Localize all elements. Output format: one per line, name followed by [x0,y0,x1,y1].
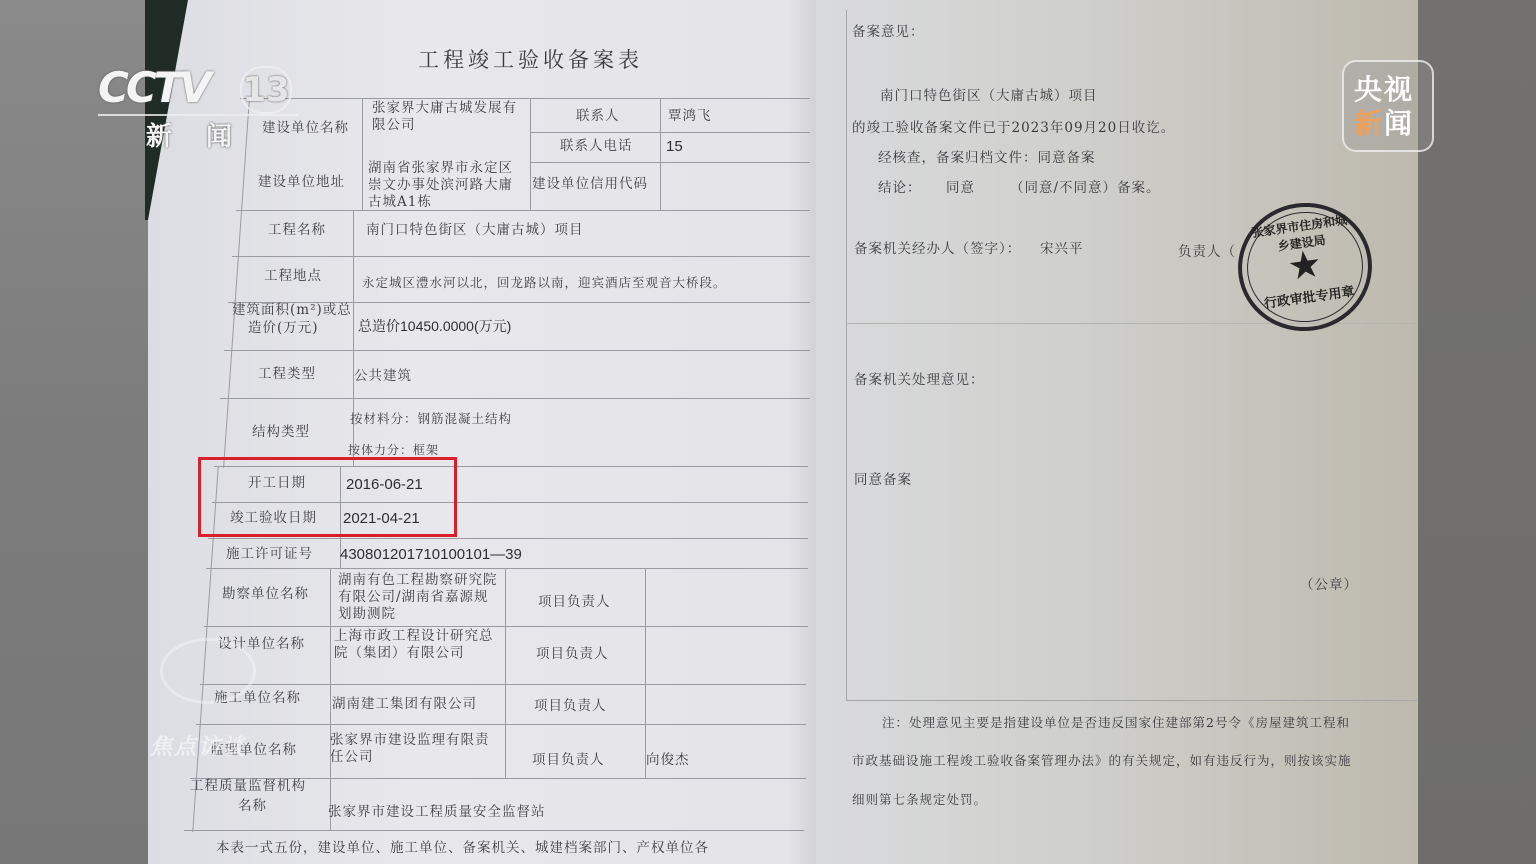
quality-agency-label-2: 名称 [238,798,267,815]
project-name-label: 工程名称 [268,222,326,239]
note-line-2: 市政基础设施工程竣工验收备案管理办法》的有关规定，如有违反行为，则按该实施 [852,751,1352,769]
survey-unit-label: 勘察单位名称 [222,586,309,603]
table-line [530,98,531,210]
area-cost-label-1: 建筑面积(m²)或总 [232,302,352,319]
responsible-label: 负责人（ [1178,240,1236,260]
channel-number: 13 [240,66,292,114]
program-watermark: 焦点访谈 [150,730,246,761]
survey-unit-value: 湖南有色工程勘察研究院有限公司/湖南省嘉源规划勘测院 [338,572,498,623]
structure-label: 结构类型 [252,424,310,441]
table-line [530,132,810,133]
credit-code-label: 建设单位信用代码 [532,176,648,193]
table-line [353,210,354,466]
contact-phone-value: 15 [666,138,683,155]
note-line-3: 细则第七条规定处罚。 [852,790,987,808]
contact-label: 联系人 [576,108,620,125]
handler-label: 备案机关经办人（签字）： [854,237,1021,257]
contact-phone-label: 联系人电话 [560,138,633,155]
table-line [206,568,808,569]
background-right [1418,0,1536,864]
table-line [200,684,806,685]
highlight-box [198,457,457,537]
cctv-news-badge: 央视 新闻 [1342,60,1434,152]
project-type-value: 公共建筑 [354,368,412,385]
construction-lead-label: 项目负责人 [534,698,607,715]
program-logo-icon [160,638,256,704]
table-line [224,350,810,351]
footer-note: 本表一式五份，建设单位、施工单位、备案机关、城建档案部门、产权单位各 [216,840,709,857]
conclusion-options: （同意/不同意）备案。 [1010,176,1161,196]
builder-address-value: 湖南省张家界市永定区崇文办事处滨河路大庸古城A1栋 [368,160,518,211]
area-cost-value: 总造价10450.0000(万元) [358,318,511,335]
opinion-received-line: 的竣工验收备案文件已于2023年09月20日收讫。 [852,116,1175,136]
quality-agency-label-1: 工程质量监督机构 [190,778,306,795]
project-name-value: 南门口特色街区（大庸古城）项目 [366,222,584,239]
opinion-project-line: 南门口特色街区（大庸古城）项目 [880,84,1098,104]
table-line [660,98,661,210]
opinion-box [846,10,1417,701]
conclusion-label: 结论： [878,176,922,196]
processing-heading: 备案机关处理意见： [854,368,985,388]
table-line [196,724,806,725]
builder-name-label: 建设单位名称 [262,120,349,137]
table-line [236,210,810,211]
builder-address-label: 建设单位地址 [258,174,345,191]
supervision-lead-value: 向俊杰 [646,752,690,769]
channel-subtitle: 新闻 [146,116,266,153]
seal-label: （公章） [1300,573,1358,593]
project-site-label: 工程地点 [264,268,322,285]
design-lead-label: 项目负责人 [536,646,609,663]
contact-value: 覃鸿飞 [668,108,712,125]
note-line-1: 注：处理意见主要是指建设单位是否违反国家住建部第2号令《房屋建筑工程和 [882,713,1350,731]
structure-value-1: 按材料分：钢筋混凝土结构 [350,410,512,427]
quality-agency-value: 张家界市建设工程质量安全监督站 [328,804,546,821]
table-line [220,398,810,399]
table-line [240,98,810,99]
handler-signature: 宋兴平 [1040,237,1084,257]
table-line [204,626,808,627]
construction-unit-value: 湖南建工集团有限公司 [332,696,477,713]
table-line [208,538,808,539]
project-type-label: 工程类型 [258,366,316,383]
supervision-lead-label: 项目负责人 [532,752,605,769]
design-unit-value: 上海市政工程设计研究总院（集团）有限公司 [334,628,494,662]
cctv-wordmark: CCTV [98,66,209,110]
table-line [530,162,810,163]
badge-line-2: 新闻 [1354,108,1414,140]
table-line [232,256,810,257]
opinion-checked-line: 经核查，备案归档文件：同意备案 [878,146,1096,166]
opinion-heading: 备案意见： [852,20,925,40]
table-line [505,568,506,778]
project-site-value: 永定城区澧水河以北，回龙路以南，迎宾酒店至观音大桥段。 [362,274,727,291]
area-cost-label-2: 造价(万元) [248,320,319,337]
table-line [362,98,363,210]
table-line [645,568,646,778]
conclusion-value: 同意 [946,176,975,196]
supervision-unit-value: 张家界市建设监理有限责任公司 [330,732,490,766]
table-line [330,568,331,830]
badge-line-1: 央视 [1354,74,1414,106]
permit-label: 施工许可证号 [226,546,313,563]
permit-value: 430801201710100101—39 [340,546,522,563]
document-title: 工程竣工验收备案表 [418,44,643,74]
survey-lead-label: 项目负责人 [538,594,611,611]
builder-name-value: 张家界大庸古城发展有限公司 [372,100,522,134]
background-left [0,0,148,864]
processing-value: 同意备案 [854,468,912,488]
table-line [184,830,804,831]
